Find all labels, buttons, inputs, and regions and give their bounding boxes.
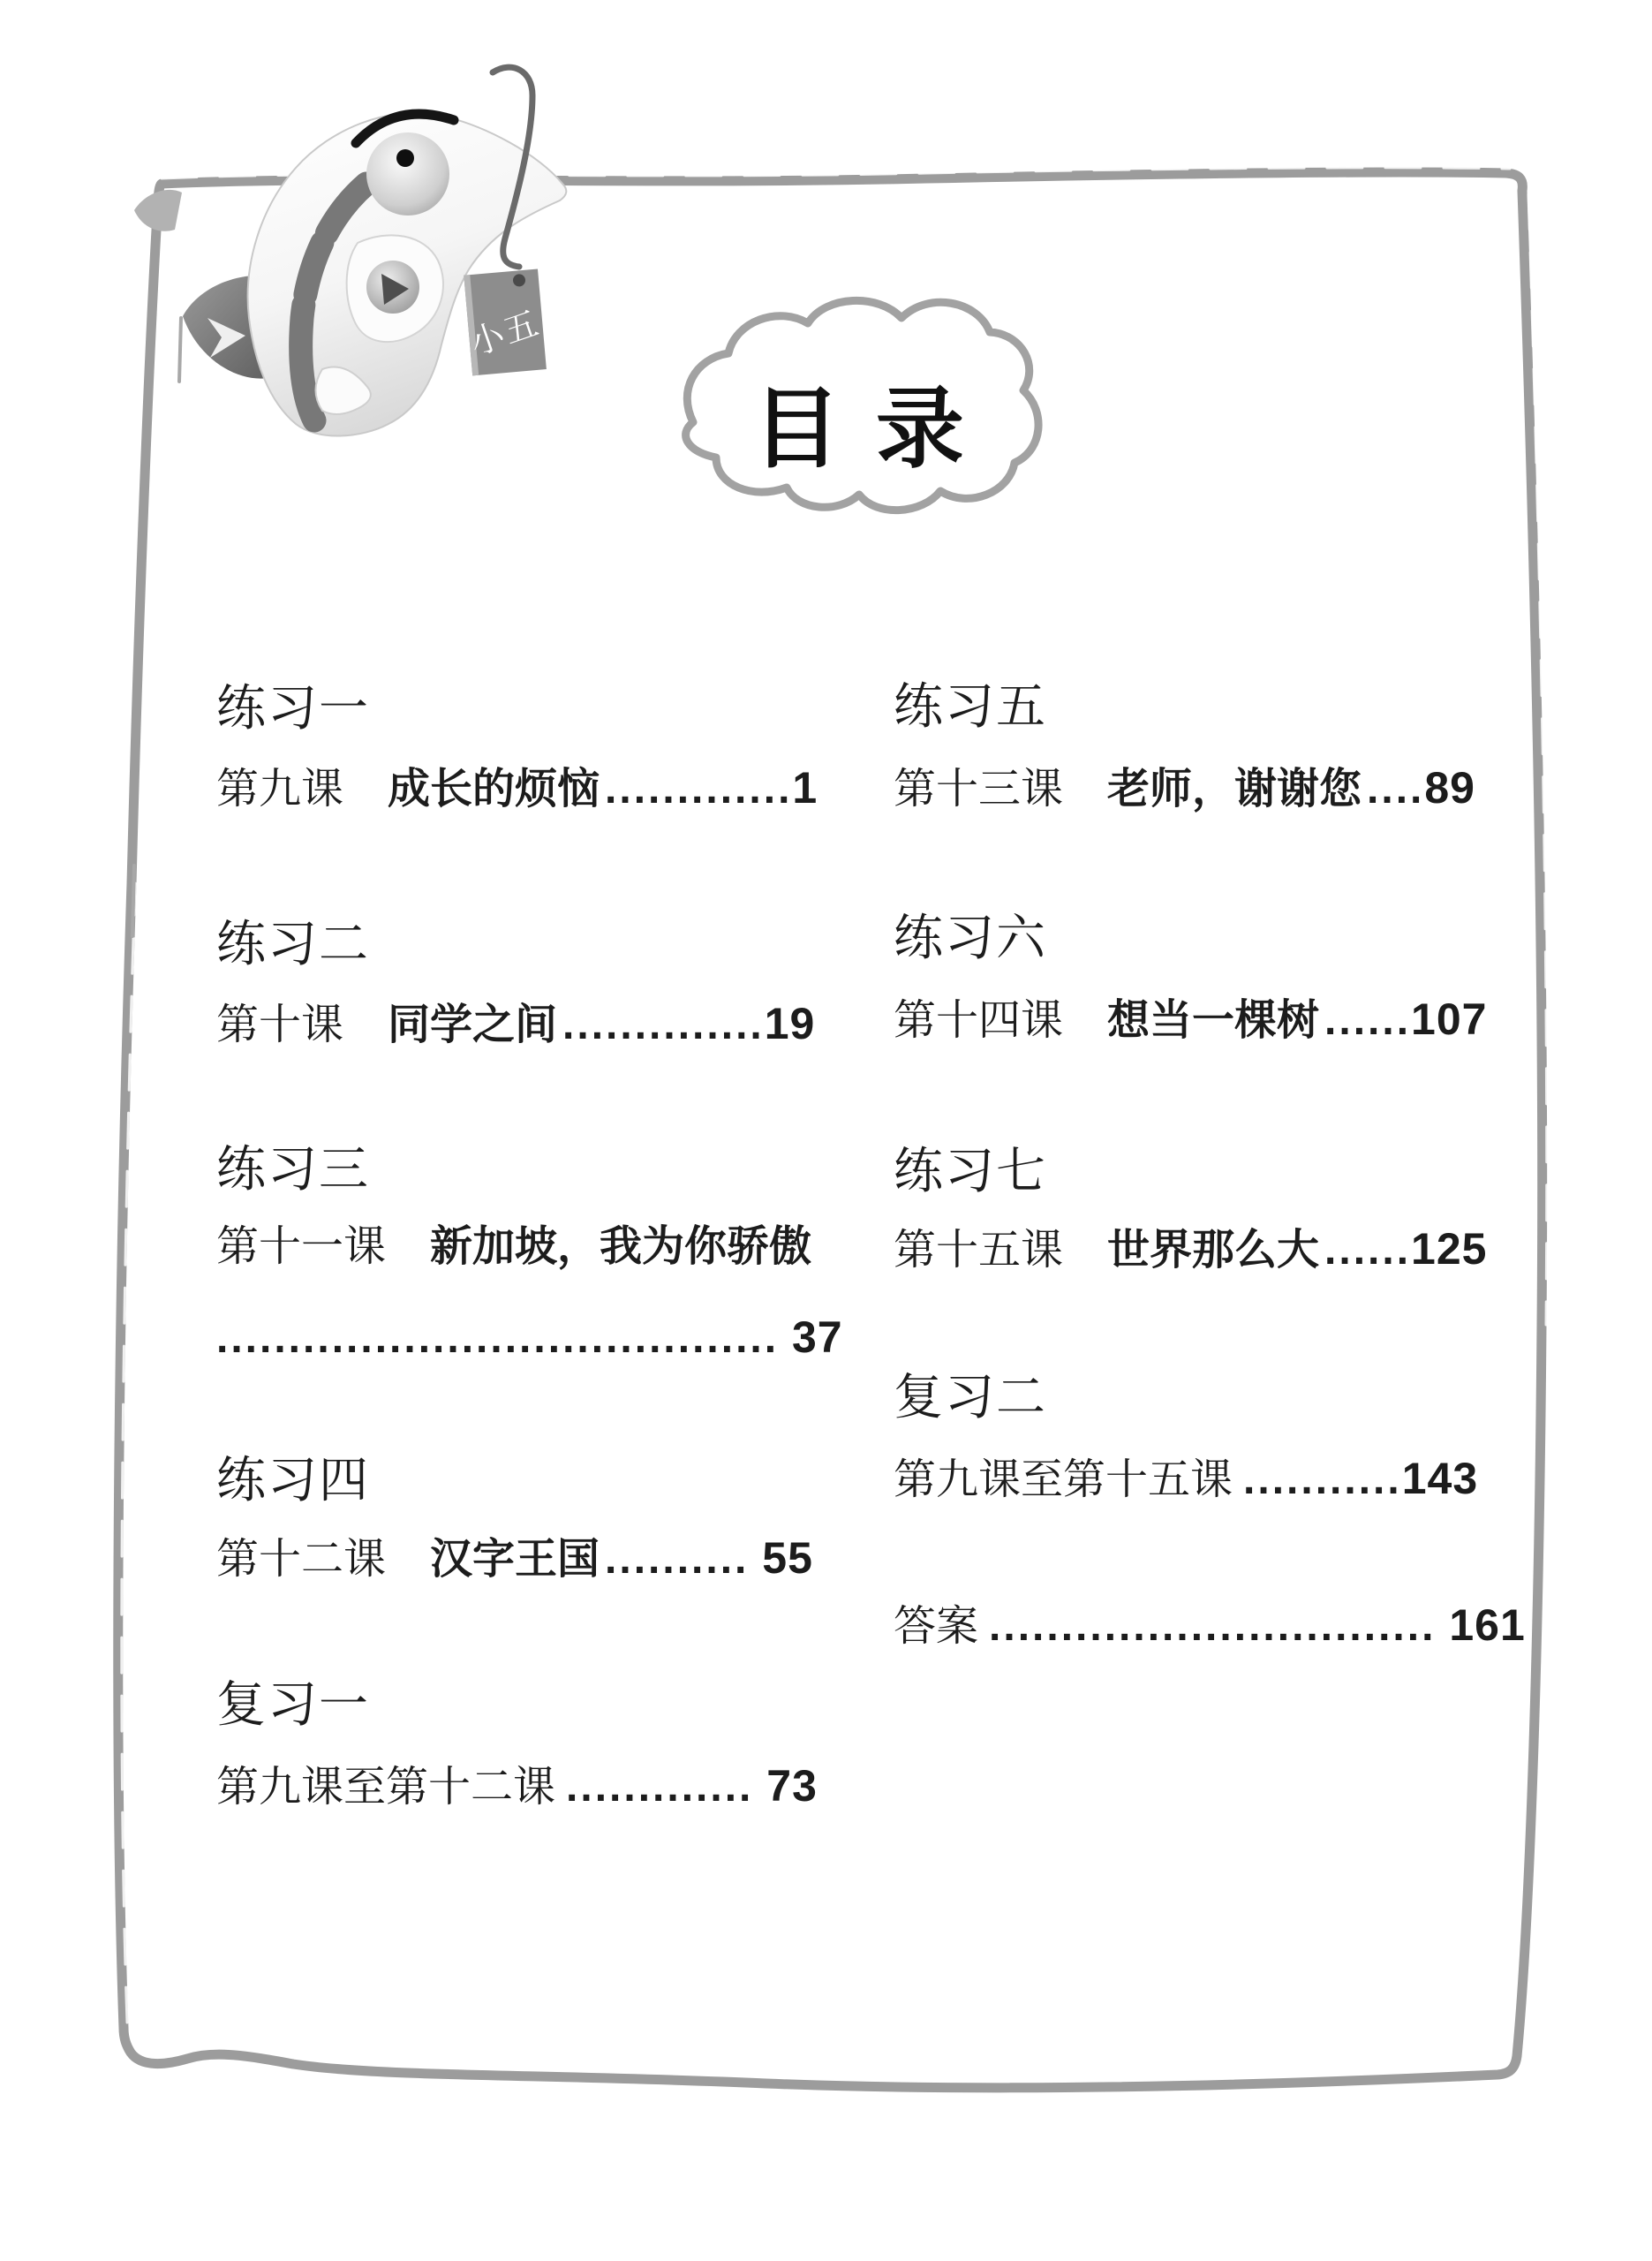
toc-entry-lesson: 第九课至第十二课 bbox=[216, 1764, 555, 1811]
mascot-eye bbox=[366, 132, 449, 216]
toc-entry-dots: ............................... bbox=[989, 1603, 1436, 1650]
toc-entry-dots: ............. bbox=[605, 766, 792, 813]
toc-entry-lesson: 答案 bbox=[894, 1603, 978, 1650]
mascot-tag: 小五 bbox=[461, 268, 547, 375]
toc-entry-lesson: 第十二课 bbox=[216, 1536, 386, 1583]
toc-entry-dots: ...... bbox=[1324, 1227, 1411, 1274]
mascot-pupil bbox=[396, 149, 414, 167]
toc-entry-page: 73 bbox=[753, 1761, 818, 1811]
toc-entry-title: 汉字王国 bbox=[430, 1536, 600, 1583]
toc-entry-title: 老师，谢谢您 bbox=[1107, 766, 1362, 813]
toc-entry-page: 1 bbox=[792, 763, 818, 813]
toc-entry: 第十三课老师，谢谢您....89 bbox=[894, 763, 1475, 814]
toc-entry: 第十四课想当一棵树......107 bbox=[894, 994, 1487, 1046]
toc-entry-page: 125 bbox=[1411, 1224, 1487, 1274]
toc-entry-title: 新加坡，我为你骄傲 bbox=[430, 1223, 811, 1270]
toc-entry-dots: .......... bbox=[605, 1536, 749, 1583]
toc-entry: 第十课同学之间..............19 bbox=[216, 999, 815, 1050]
toc-entry-title: 想当一棵树 bbox=[1107, 997, 1319, 1044]
toc-page: 目 录 bbox=[0, 0, 1652, 2261]
toc-entry: 答案............................... 161 bbox=[894, 1600, 1526, 1652]
toc-section-header: 复习一 bbox=[216, 1676, 370, 1733]
toc-entry-dots: .............. bbox=[562, 1002, 765, 1048]
toc-entry-title: 同学之间 bbox=[388, 1002, 557, 1048]
toc-entry-page: 107 bbox=[1411, 994, 1487, 1044]
toc-entry-dots: ....................................... bbox=[216, 1315, 779, 1362]
toc-entry: 第十二课汉字王国.......... 55 bbox=[216, 1533, 813, 1584]
toc-section-header: 练习一 bbox=[216, 680, 370, 737]
toc-section-header: 练习四 bbox=[216, 1452, 370, 1509]
toc-entry-lesson: 第十四课 bbox=[894, 997, 1063, 1044]
page-title: 目 录 bbox=[658, 358, 1064, 485]
toc-entry-lesson: 第十三课 bbox=[894, 766, 1063, 813]
toc-entry-dots: ...... bbox=[1324, 997, 1411, 1044]
toc-entry-dots: .... bbox=[1367, 766, 1424, 813]
toc-section-header: 练习三 bbox=[216, 1141, 370, 1198]
toc-entry-wrap: ....................................... … bbox=[216, 1312, 843, 1364]
toc-entry-lesson: 第十五课 bbox=[894, 1227, 1063, 1274]
toc-section-header: 练习六 bbox=[894, 910, 1047, 966]
toc-entry-page: 143 bbox=[1402, 1454, 1478, 1503]
toc-entry: 第九课成长的烦恼.............1 bbox=[216, 763, 818, 814]
mascot-left-fin bbox=[134, 190, 182, 231]
toc-entry-lesson: 第九课至第十五课 bbox=[894, 1456, 1233, 1503]
toc-entry-lesson: 第九课 bbox=[216, 766, 343, 813]
toc-entry-page: 55 bbox=[749, 1533, 813, 1583]
mascot-fish-character: 小五 bbox=[97, 53, 592, 459]
toc-entry-page: 161 bbox=[1436, 1600, 1525, 1650]
toc-entry-dots: ........... bbox=[1243, 1456, 1402, 1503]
toc-entry-title: 世界那么大 bbox=[1107, 1227, 1319, 1274]
toc-section-header: 练习二 bbox=[216, 916, 370, 972]
toc-entry-title: 成长的烦恼 bbox=[388, 766, 600, 813]
toc-entry: 第十一课新加坡，我为你骄傲 bbox=[216, 1222, 817, 1271]
toc-section-header: 复习二 bbox=[894, 1369, 1047, 1425]
toc-entry-dots: ............. bbox=[566, 1764, 753, 1811]
toc-entry-lesson: 第十课 bbox=[216, 1002, 343, 1048]
toc-entry: 第九课至第十五课...........143 bbox=[894, 1454, 1478, 1505]
toc-entry-page: 89 bbox=[1424, 763, 1475, 813]
toc-entry: 第九课至第十二课............. 73 bbox=[216, 1761, 818, 1812]
toc-entry-page: 19 bbox=[765, 999, 816, 1048]
toc-entry-lesson: 第十一课 bbox=[216, 1223, 386, 1270]
toc-section-header: 练习五 bbox=[894, 678, 1047, 735]
toc-section-header: 练习七 bbox=[894, 1143, 1047, 1199]
toc-entry: 第十五课世界那么大......125 bbox=[894, 1224, 1487, 1275]
toc-entry-page: 37 bbox=[779, 1312, 843, 1362]
